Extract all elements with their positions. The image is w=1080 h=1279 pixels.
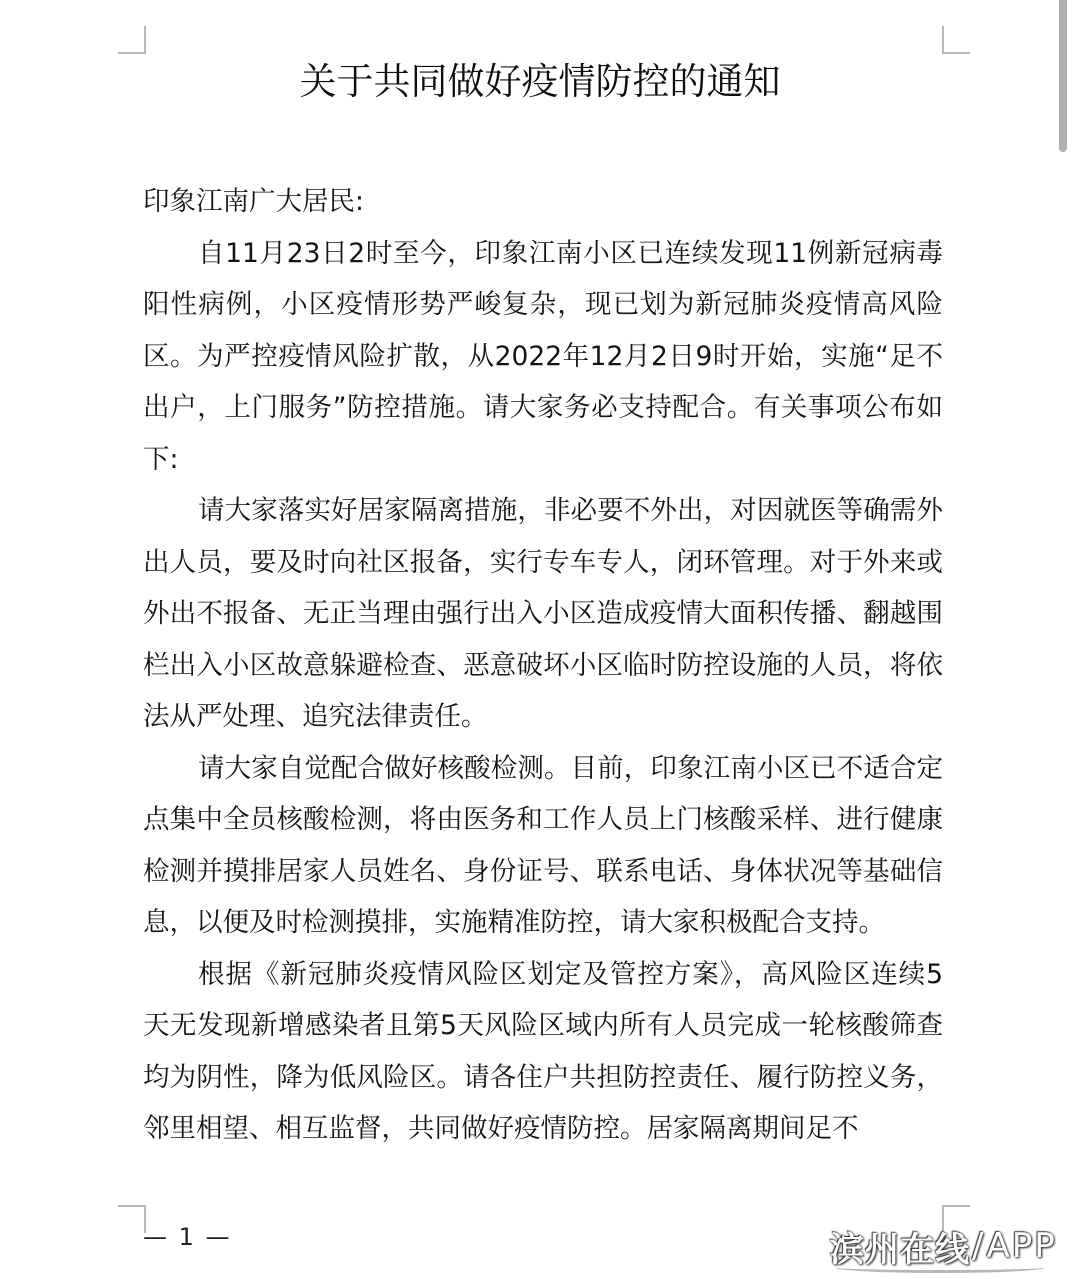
watermark-swoosh-icon	[835, 1262, 1045, 1273]
document-page: 关于共同做好疫情防控的通知 印象江南广大居民: 自11月23日2时至今，印象江南…	[0, 0, 1080, 1279]
watermark-separator: /	[972, 1226, 984, 1266]
paragraph-nucleic-testing: 请大家自觉配合做好核酸检测。目前，印象江南小区已不适合定点集中全员核酸检测，将由…	[143, 743, 943, 949]
page-number: — 1 —	[143, 1222, 232, 1252]
paragraph-risk-downgrade: 根据《新冠肺炎疫情风险区划定及管控方案》，高风险区连续5天无发现新增感染者且第5…	[143, 949, 943, 1155]
watermark-suffix: APP	[986, 1226, 1056, 1266]
salutation: 印象江南广大居民:	[143, 176, 943, 228]
paragraph-home-isolation: 请大家落实好居家隔离措施，非必要不外出，对因就医等确需外出人员，要及时向社区报备…	[143, 485, 943, 743]
document-title: 关于共同做好疫情防控的通知	[0, 56, 1080, 108]
crop-mark-top-left	[118, 26, 146, 54]
document-body: 印象江南广大居民: 自11月23日2时至今，印象江南小区已连续发现11例新冠病毒…	[143, 176, 943, 1155]
crop-mark-top-right	[942, 26, 970, 54]
paragraph-intro: 自11月23日2时至今，印象江南小区已连续发现11例新冠病毒阳性病例，小区疫情形…	[143, 228, 943, 486]
crop-mark-bottom-left	[118, 1205, 146, 1233]
